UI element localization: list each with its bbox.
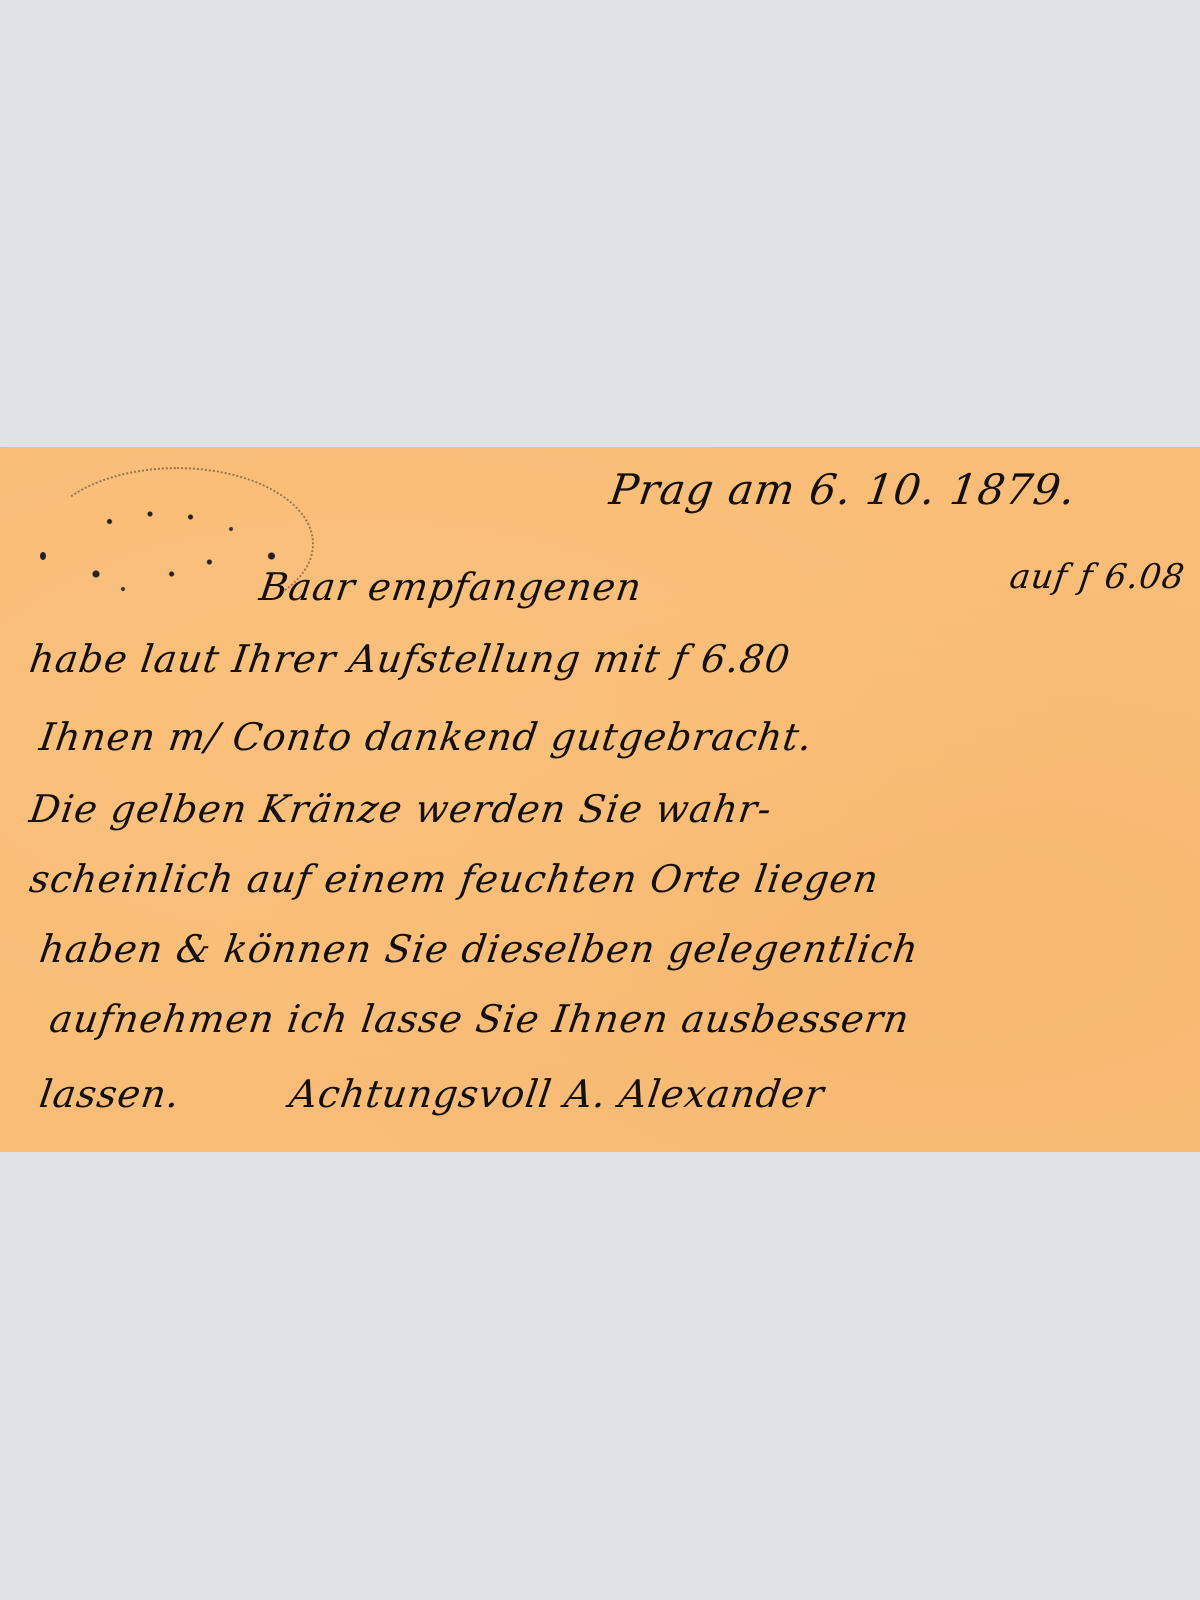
text-line-7: aufnehmen ich lasse Sie Ihnen ausbessern (47, 997, 913, 1041)
text-line-8: lassen. (37, 1072, 183, 1116)
text-line-1: Baar empfangenen (257, 565, 645, 609)
postcard: Prag am 6. 10. 1879. Baar empfangenen au… (0, 447, 1200, 1152)
ink-blot (40, 552, 46, 560)
text-line-1-amount: auf f 6.08 (1007, 557, 1187, 597)
date-line: Prag am 6. 10. 1879. (607, 465, 1080, 514)
text-line-4: Die gelben Kränze werden Sie wahr- (27, 787, 775, 831)
text-line-3: Ihnen m/ Conto dankend gutgebracht. (37, 715, 816, 759)
signature-closing: Achtungsvoll A. Alexander (287, 1072, 827, 1116)
text-line-6: haben & können Sie dieselben gelegentlic… (37, 927, 922, 971)
text-line-5: scheinlich auf einem feuchten Orte liege… (27, 857, 882, 901)
text-line-2: habe laut Ihrer Aufstellung mit f 6.80 (27, 637, 793, 681)
